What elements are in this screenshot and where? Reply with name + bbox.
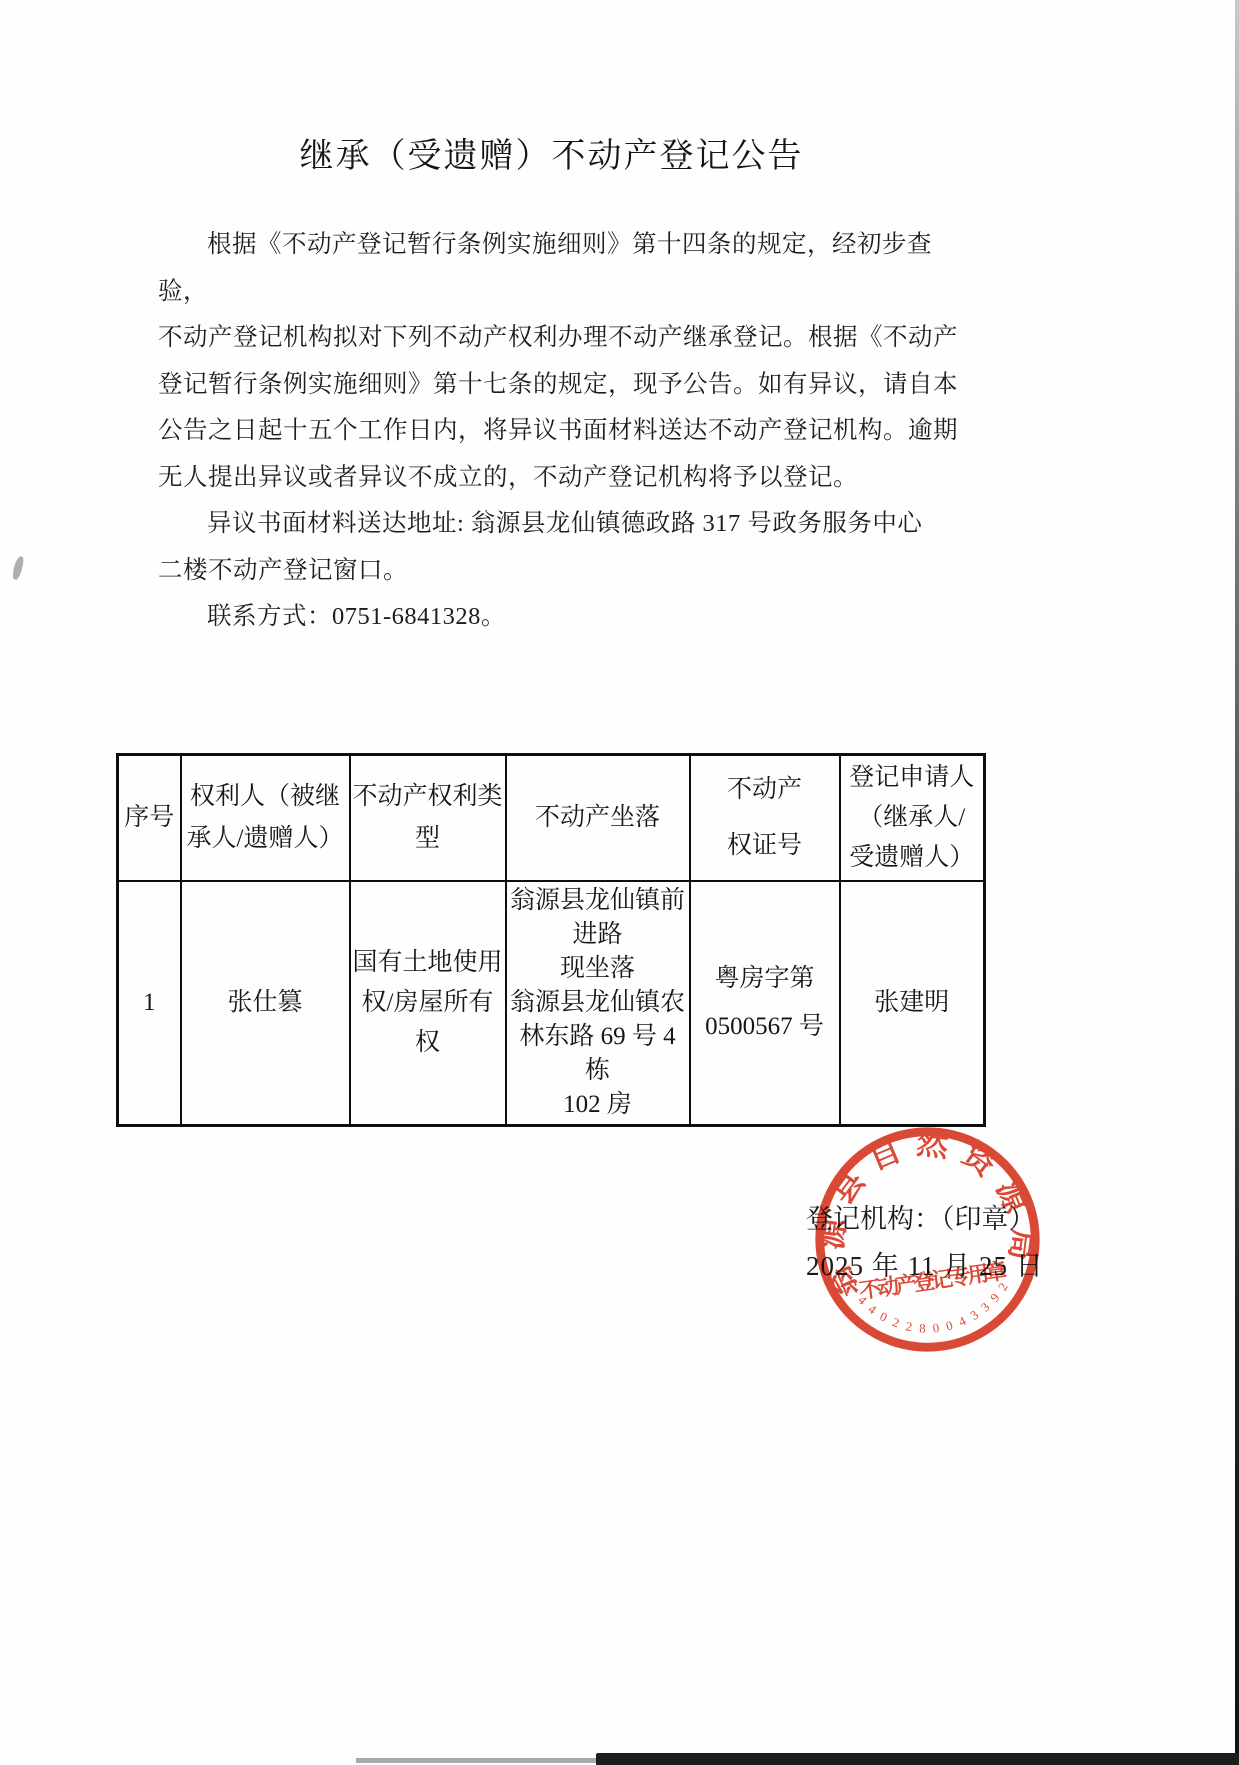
cell-applicant: 张建明 (840, 881, 985, 1126)
paragraph-objection-address: 异议书面材料送达地址: 翁源县龙仙镇德政路 317 号政务服务中心 二楼不动产登… (158, 501, 970, 594)
cell-cert-no: 粤房字第 0500567 号 (690, 881, 840, 1126)
official-red-seal: 翁源县自然资源局 不动产登记专用章 4402280043392 (795, 1107, 1060, 1372)
announcement-document-page: 继承（受遗赠）不动产登记公告 根据《不动产登记暂行条例实施细则》第十四条的规定，… (0, 0, 1239, 1765)
scan-artifact-left-mark (11, 555, 25, 580)
header-applicant: 登记申请人 （继承人/ 受遗赠人） (840, 755, 985, 882)
scan-artifact-right-edge (1235, 0, 1239, 1765)
header-location: 不动产坐落 (506, 755, 690, 882)
paragraph-contact-phone: 联系方式：0751-6841328。 (158, 594, 970, 641)
header-cert-no: 不动产 权证号 (690, 755, 840, 882)
scan-artifact-bottom-gray (356, 1758, 596, 1763)
cell-owner: 张仕篡 (181, 881, 350, 1126)
paragraph-legal-basis: 根据《不动产登记暂行条例实施细则》第十四条的规定，经初步查验， 不动产登记机构拟… (158, 222, 970, 501)
header-owner: 权利人（被继 承人/遗赠人） (181, 755, 350, 882)
seal-center-text: 不动产登记专用章 (858, 1258, 1009, 1304)
scan-artifact-bottom-dark (596, 1753, 1239, 1765)
table-row: 1 张仕篡 国有土地使用 权/房屋所有权 翁源县龙仙镇前 进路 现坐落 翁源县龙… (118, 881, 985, 1126)
cell-right-type: 国有土地使用 权/房屋所有权 (350, 881, 506, 1126)
announcement-body: 根据《不动产登记暂行条例实施细则》第十四条的规定，经初步查验， 不动产登记机构拟… (158, 222, 970, 641)
page-title: 继承（受遗赠）不动产登记公告 (118, 128, 985, 177)
cell-seq: 1 (118, 881, 181, 1126)
table-header-row: 序号 权利人（被继 承人/遗赠人） 不动产权利类 型 不动产坐落 不动产 权证号… (118, 755, 985, 882)
header-right-type: 不动产权利类 型 (350, 755, 506, 882)
header-seq: 序号 (118, 755, 181, 882)
registration-table: 序号 权利人（被继 承人/遗赠人） 不动产权利类 型 不动产坐落 不动产 权证号… (116, 753, 986, 1127)
cell-location: 翁源县龙仙镇前 进路 现坐落 翁源县龙仙镇农 林东路 69 号 4 栋 102 … (506, 881, 690, 1126)
